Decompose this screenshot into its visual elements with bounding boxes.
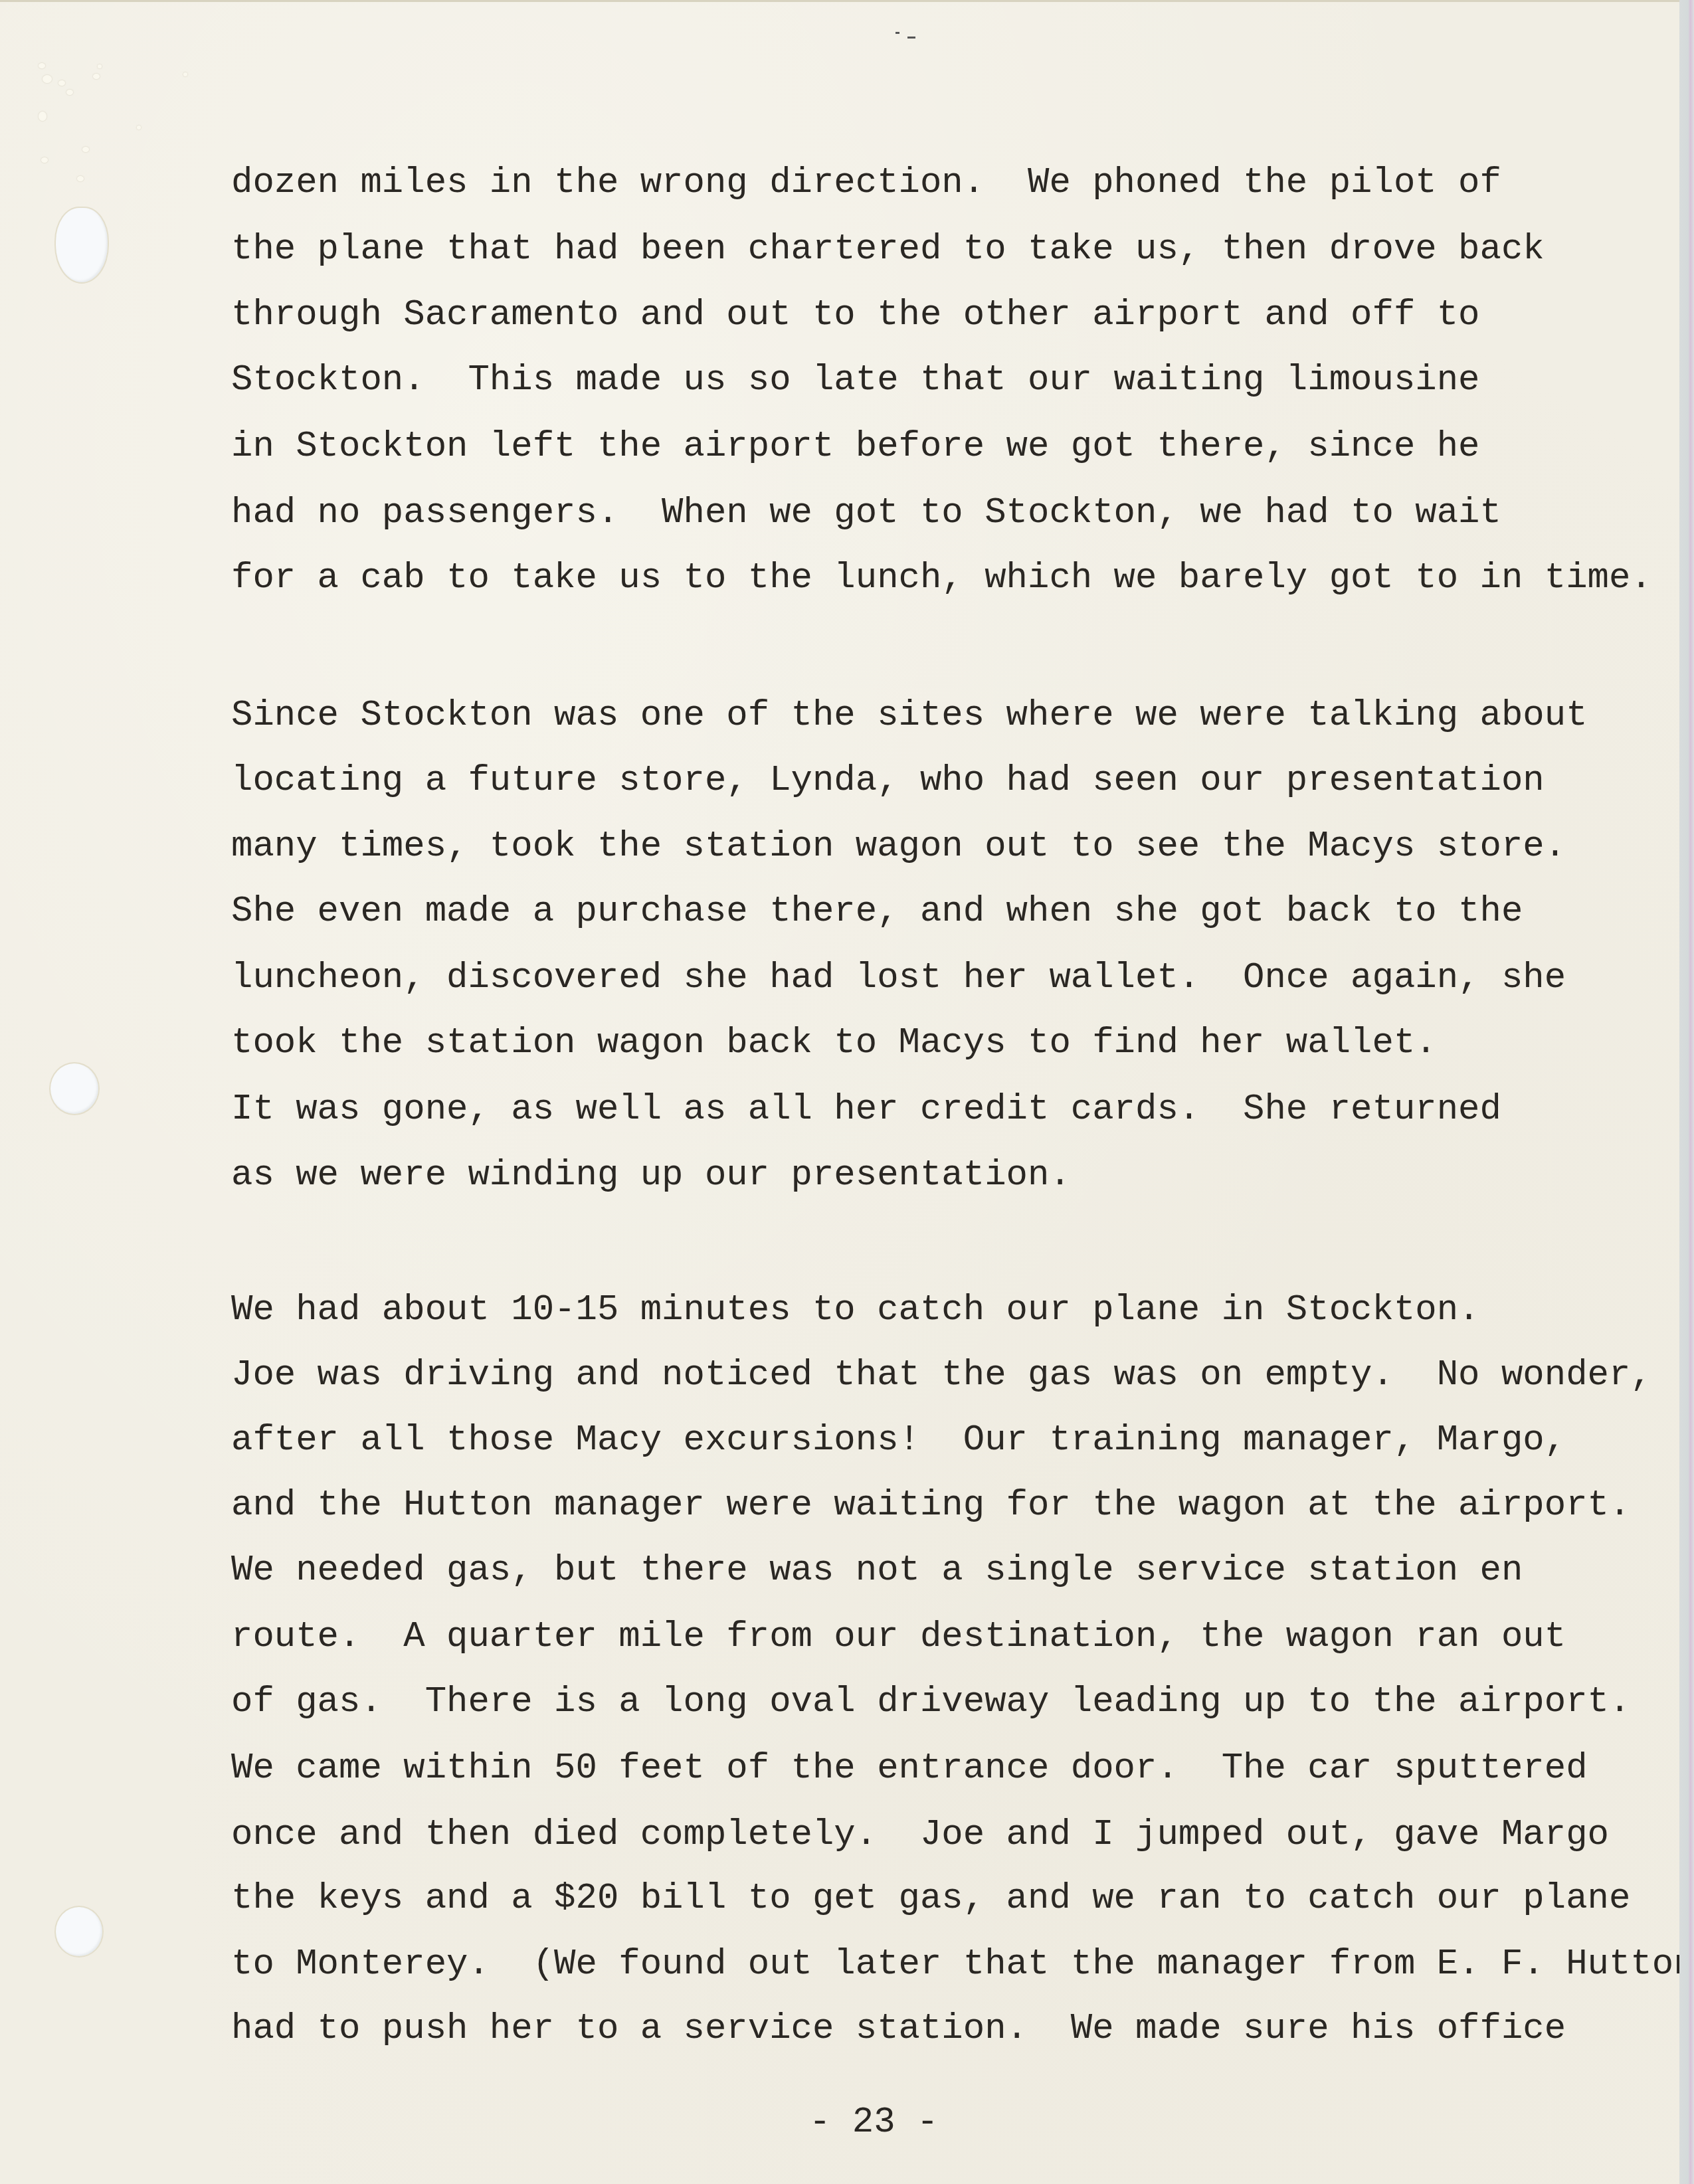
- paper-tear-speck: [39, 63, 45, 68]
- text-line: after all those Macy excursions! Our tra…: [231, 1421, 1566, 1461]
- paper-tear-speck: [77, 176, 84, 181]
- paper-tear-speck: [43, 75, 52, 83]
- punch-hole-middle: [50, 1063, 98, 1114]
- paper-tear-speck: [137, 126, 141, 130]
- scanned-page: dozen miles in the wrong direction. We p…: [0, 0, 1679, 2184]
- paper-tear-speck: [82, 147, 89, 152]
- scan-mark: [895, 32, 899, 34]
- paper-tear-speck: [66, 90, 73, 95]
- text-line: had to push her to a service station. We…: [231, 2009, 1566, 2049]
- text-line: luncheon, discovered she had lost her wa…: [231, 958, 1566, 998]
- text-line: of gas. There is a long oval driveway le…: [231, 1683, 1630, 1722]
- text-line: once and then died completely. Joe and I…: [231, 1815, 1609, 1855]
- scanner-bed-edge: [1679, 0, 1694, 2184]
- text-line: the plane that had been chartered to tak…: [231, 230, 1545, 270]
- paper-tear-speck: [93, 74, 100, 79]
- text-line: Stockton. This made us so late that our …: [231, 361, 1480, 401]
- text-line: She even made a purchase there, and when…: [231, 892, 1523, 932]
- text-line: had no passengers. When we got to Stockt…: [231, 494, 1501, 533]
- text-line: the keys and a $20 bill to get gas, and …: [231, 1879, 1630, 1919]
- paragraph: dozen miles in the wrong direction. We p…: [231, 124, 360, 488]
- text-line: route. A quarter mile from our destinati…: [231, 1617, 1566, 1657]
- text-line: through Sacramento and out to the other …: [231, 296, 1480, 335]
- text-line: to Monterey. (We found out later that th…: [231, 1945, 1694, 1985]
- paper-tear-speck: [39, 112, 47, 121]
- punch-hole-top: [56, 208, 108, 282]
- paragraph: We had about 10-15 minutes to catch our …: [231, 1218, 360, 1785]
- text-line: It was gone, as well as all her credit c…: [231, 1090, 1501, 1130]
- text-line: We came within 50 feet of the entrance d…: [231, 1749, 1588, 1789]
- document-body: dozen miles in the wrong direction. We p…: [231, 2, 360, 1866]
- text-line: We had about 10-15 minutes to catch our …: [231, 1291, 1480, 1330]
- paper-tear-speck: [183, 72, 187, 76]
- punch-hole-bottom: [56, 1907, 102, 1956]
- text-line: Since Stockton was one of the sites wher…: [231, 696, 1588, 736]
- text-line: We needed gas, but there was not a singl…: [231, 1551, 1523, 1591]
- text-line: dozen miles in the wrong direction. We p…: [231, 163, 1501, 203]
- text-line: Joe was driving and noticed that the gas…: [231, 1356, 1652, 1396]
- paper-tear-speck: [41, 157, 48, 163]
- text-line: many times, took the station wagon out t…: [231, 827, 1566, 867]
- text-line: and the Hutton manager were waiting for …: [231, 1486, 1630, 1526]
- text-line: in Stockton left the airport before we g…: [231, 427, 1480, 467]
- text-line: locating a future store, Lynda, who had …: [231, 761, 1545, 801]
- text-line: as we were winding up our presentation.: [231, 1156, 1071, 1196]
- text-line: for a cab to take us to the lunch, which…: [231, 559, 1652, 598]
- page-number: - 23 -: [809, 2103, 938, 2143]
- scan-mark: [907, 37, 915, 39]
- text-line: took the station wagon back to Macys to …: [231, 1024, 1437, 1063]
- paper-tear-speck: [98, 64, 102, 68]
- paragraph: Since Stockton was one of the sites wher…: [231, 650, 360, 1055]
- paper-tear-speck: [58, 80, 65, 86]
